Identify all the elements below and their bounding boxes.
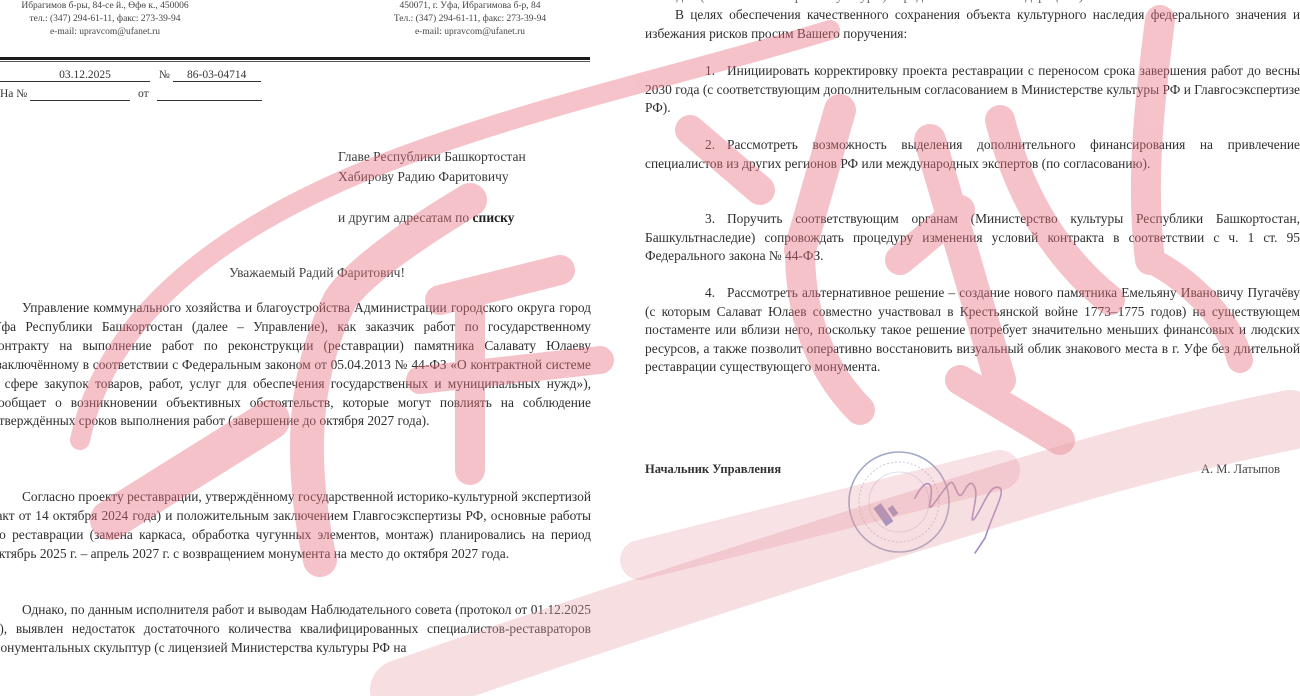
handwritten-signature-icon xyxy=(905,448,1015,558)
request-item: 3.Поручить соответствующим органам (Мини… xyxy=(645,210,1300,266)
letterhead-email: e-mail: upravcom@ufanet.ru xyxy=(0,26,210,39)
letterhead-russian: 450071, г. Уфа, Ибрагимова б-р, 84 Тел.:… xyxy=(355,0,585,39)
reply-from-label: от xyxy=(138,88,149,100)
signatory-name: А. М. Латыпов xyxy=(1201,462,1280,477)
registration-number-label: № xyxy=(159,69,170,81)
body-paragraph: Однако, по данным исполнителя работ и вы… xyxy=(0,601,591,658)
letterhead-phone: Тел.: (347) 294-61-11, факс: 273-39-94 xyxy=(355,13,585,26)
item-number: 1. xyxy=(675,62,727,81)
salutation: Уважаемый Радий Фаритович! xyxy=(152,265,482,281)
request-item: 2.Рассмотреть возможность выделения допо… xyxy=(645,136,1300,173)
request-intro: В целях обеспечения качественного сохран… xyxy=(645,6,1300,43)
item-text: Поручить соответствующим органам (Минист… xyxy=(645,211,1300,263)
item-number: 4. xyxy=(675,284,727,303)
item-text: Инициировать корректировку проекта реста… xyxy=(645,63,1300,115)
item-text: Рассмотреть альтернативное решение – соз… xyxy=(645,285,1300,374)
letterhead-divider-thin xyxy=(0,61,590,62)
request-item: 4.Рассмотреть альтернативное решение – с… xyxy=(645,284,1300,377)
addressee-line: Хабирову Радию Фаритовичу xyxy=(338,167,526,187)
item-number: 3. xyxy=(675,210,727,229)
registration-date: 03.12.2025 xyxy=(0,69,150,82)
other-addressees: и другим адресатам по списку xyxy=(338,208,514,228)
addressee-line: Главе Республики Башкортостан xyxy=(338,147,526,167)
letterhead-address: Ибрагимов б-ры, 84-се й., Өфө к., 450006 xyxy=(0,0,210,13)
item-text: Рассмотреть возможность выделения дополн… xyxy=(645,137,1300,171)
signatory-title: Начальник Управления xyxy=(645,462,781,477)
item-number: 2. xyxy=(675,136,727,155)
letterhead-address: 450071, г. Уфа, Ибрагимова б-р, 84 xyxy=(355,0,585,13)
document-page-left: Ибрагимов б-ры, 84-се й., Өфө к., 450006… xyxy=(0,0,620,696)
registration-number: 86-03-04714 xyxy=(173,69,261,82)
letterhead-divider xyxy=(0,57,590,60)
cut-off-line: наследия (памятники истории и культуры) … xyxy=(645,0,1300,6)
request-item: 1.Инициировать корректировку проекта рес… xyxy=(645,62,1300,118)
letterhead-email: e-mail: upravcom@ufanet.ru xyxy=(355,26,585,39)
registration-row: 03.12.2025 № 86-03-04714 xyxy=(0,69,261,82)
reply-reference-row: На № от xyxy=(0,88,262,101)
letterhead-phone: тел.: (347) 294-61-11, факс: 273-39-94 xyxy=(0,13,210,26)
addressee-block: Главе Республики Башкортостан Хабирову Р… xyxy=(338,147,526,187)
reply-number-label: На № xyxy=(0,88,27,100)
document-page-right: наследия (памятники истории и культуры) … xyxy=(640,0,1300,696)
body-paragraph: Согласно проекту реставрации, утверждённ… xyxy=(0,488,591,564)
body-paragraph: Управление коммунального хозяйства и бла… xyxy=(0,299,591,431)
letterhead-bashkir: Ибрагимов б-ры, 84-се й., Өфө к., 450006… xyxy=(0,0,210,39)
